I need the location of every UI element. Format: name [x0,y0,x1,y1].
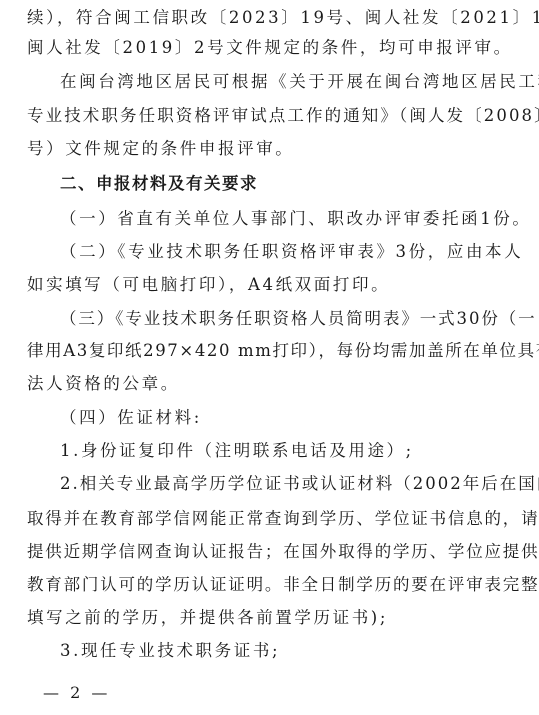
item-4-sub-2-line-1: 2.相关专业最高学历学位证书或认证材料（2002年后在国内 [60,472,539,496]
paragraph-line-4: 专业技术职务任职资格评审试点工作的通知》（闽人发〔2008〕70 [27,104,539,128]
page-number: — 2 — [43,682,110,704]
item-4-sub-2-line-2: 取得并在教育部学信网能正常查询到学历、学位证书信息的，请 [27,507,539,531]
item-3-line-2: 律用A3复印纸297×420 mm打印），每份均需加盖所在单位具有 [27,339,539,363]
item-3-line-3: 法人资格的公章。 [27,372,180,396]
item-3-line-1: （三）《专业技术职务任职资格人员简明表》一式30份（一 [60,307,537,331]
item-4-sub-2-line-5: 填写之前的学历，并提供各前置学历证书); [27,606,388,630]
item-4-sub-2-line-4: 教育部门认可的学历认证证明。非全日制学历的要在评审表完整 [27,573,539,597]
paragraph-line-2: 闽人社发〔2019〕2号文件规定的条件，均可申报评审。 [27,36,513,60]
item-1-line-1: （一）省直有关单位人事部门、职改办评审委托函1份。 [60,207,532,231]
paragraph-line-1: 续），符合闽工信职改〔2023〕19号、闽人社发〔2021〕1号、 [27,6,539,30]
item-4-heading: （四）佐证材料: [60,406,202,430]
item-2-line-2: 如实填写（可电脑打印），A4纸双面打印。 [27,273,390,297]
paragraph-line-5: 号）文件规定的条件申报评审。 [27,137,294,161]
item-2-line-1: （二）《专业技术职务任职资格评审表》3份，应由本人 [60,240,523,264]
paragraph-line-3: 在闽台湾地区居民可根据《关于开展在闽台湾地区居民工程 [60,70,539,94]
item-4-sub-1: 1.身份证复印件（注明联系电话及用途）; [60,439,414,463]
section-heading: 二、申报材料及有关要求 [60,172,258,196]
item-4-sub-3: 3.现任专业技术职务证书; [60,639,280,663]
item-4-sub-2-line-3: 提供近期学信网查询认证报告；在国外取得的学历、学位应提供 [27,540,539,564]
